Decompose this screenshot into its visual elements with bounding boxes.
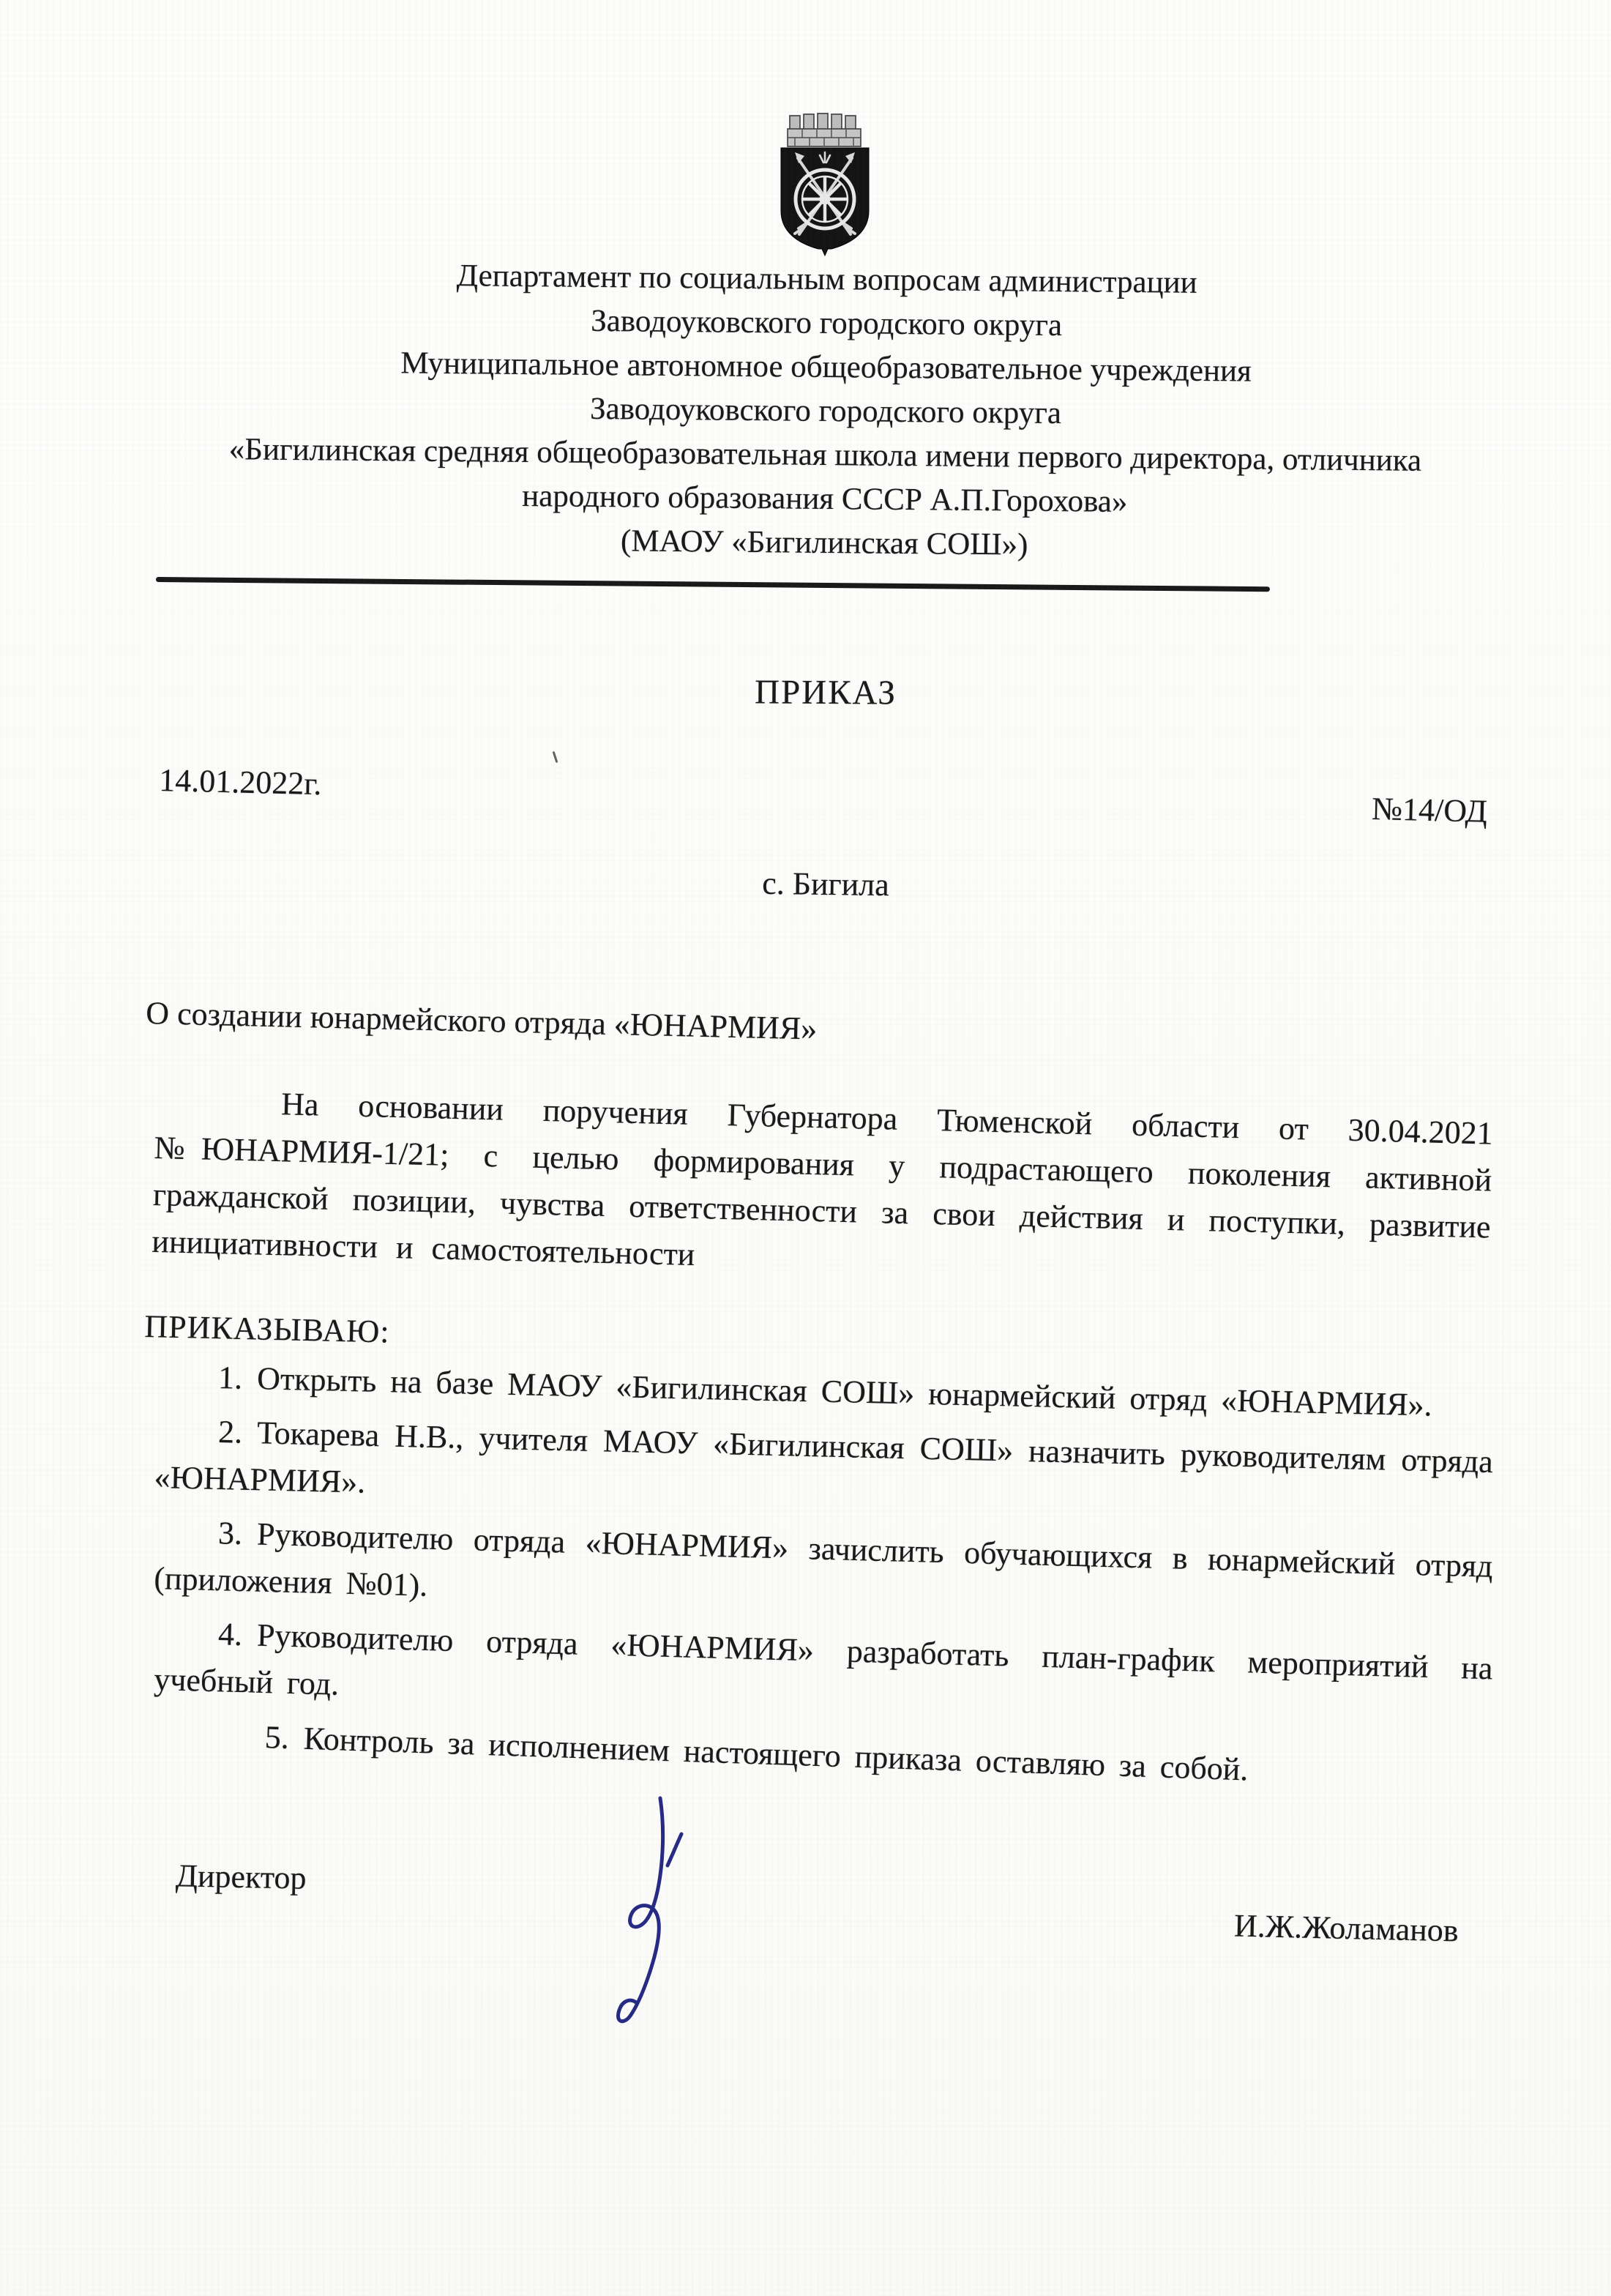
order-title: ПРИКАЗ xyxy=(40,667,1611,717)
org-header: Департамент по социальным вопросам админ… xyxy=(39,250,1611,573)
order-items: 1.Открыть на базе МАОУ «Бигилинская СОШ»… xyxy=(156,1353,1494,1764)
item-text: Контроль за исполнением настоящего прика… xyxy=(303,1721,1249,1788)
decree-label: ПРИКАЗЫВАЮ: xyxy=(144,1308,390,1351)
item-number: 4. xyxy=(217,1616,242,1652)
item-text: Руководителю отряда «ЮНАРМИЯ» зачислить … xyxy=(154,1516,1493,1603)
signature-ink xyxy=(613,1792,701,2049)
item-number: 3. xyxy=(218,1515,243,1551)
item-number: 1. xyxy=(218,1360,243,1396)
item-number: 2. xyxy=(218,1414,243,1450)
item-text: Токарева Н.В., учителя МАОУ «Бигилинская… xyxy=(154,1414,1493,1499)
order-place: с. Бигила xyxy=(40,854,1611,914)
order-preamble: На основании поручения Губернатора Тюмен… xyxy=(152,1078,1494,1298)
scan-speck xyxy=(553,751,558,763)
coat-of-arms-icon xyxy=(770,110,880,256)
header-rule xyxy=(156,577,1270,592)
signer-name: И.Ж.Жоламанов xyxy=(1233,1907,1459,1950)
order-subject: О создании юнармейского отряда «ЮНАРМИЯ» xyxy=(146,994,818,1048)
director-label: Директор xyxy=(176,1857,307,1896)
order-date: 14.01.2022г. xyxy=(159,761,322,802)
order-meta-row: 14.01.2022г. №14/ОД xyxy=(159,761,1488,830)
scanned-order-page: Департамент по социальным вопросам админ… xyxy=(0,0,1611,2296)
item-number: 5. xyxy=(264,1719,290,1756)
order-number: №14/ОД xyxy=(1372,790,1488,830)
